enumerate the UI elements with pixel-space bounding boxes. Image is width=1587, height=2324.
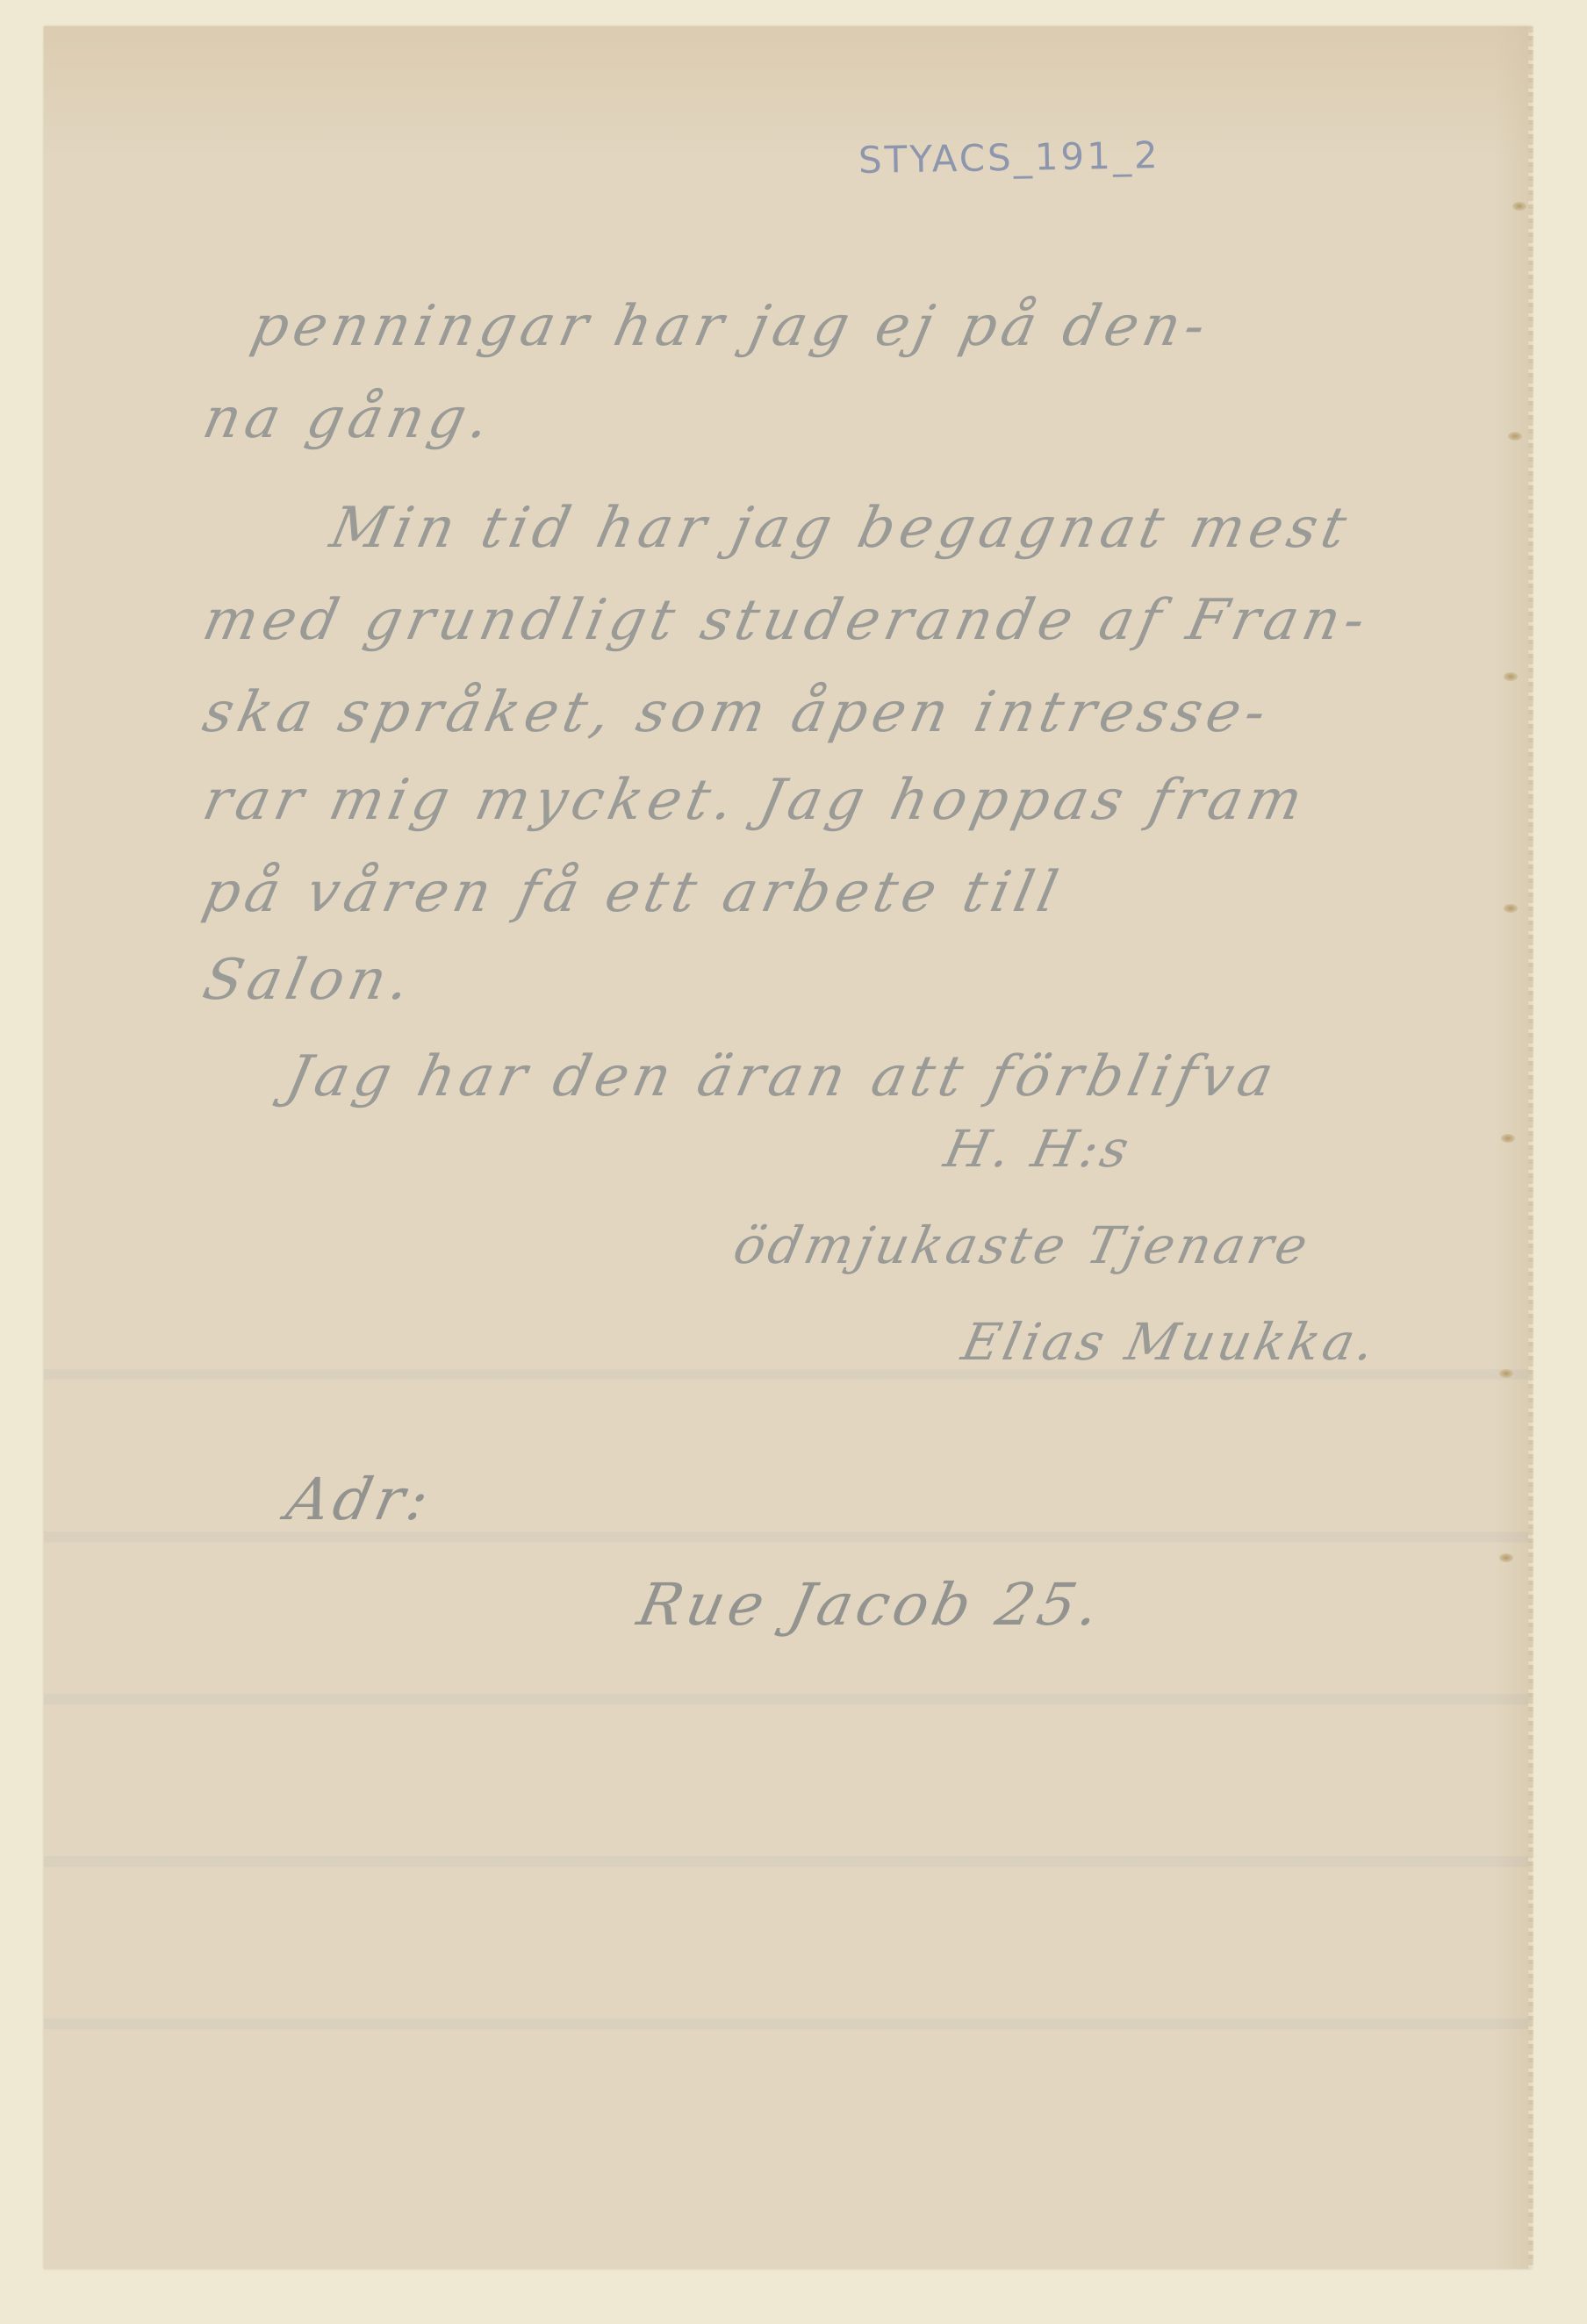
address-label: Adr: bbox=[281, 1466, 439, 1533]
binding-hole-icon bbox=[1512, 202, 1526, 211]
letter-line-6: rar mig mycket. Jag hoppas fram bbox=[197, 768, 1313, 833]
reverse-side-bleed-through bbox=[44, 26, 1532, 2269]
binding-hole-icon bbox=[1499, 1369, 1513, 1378]
signature-name: Elias Muukka. bbox=[957, 1312, 1383, 1372]
address-value: Rue Jacob 25. bbox=[632, 1571, 1109, 1639]
letter-line-5: ska språket, som åpen intresse- bbox=[197, 680, 1277, 745]
closing-line: Jag har den äran att förblifva bbox=[281, 1044, 1284, 1109]
archive-id-label: STYACS_191_2 bbox=[858, 133, 1160, 182]
letter-line-1: penningar har jag ej på den- bbox=[246, 294, 1217, 359]
letter-line-2: na gång. bbox=[197, 386, 500, 451]
signature-phrase: ödmjukaste Tjenare bbox=[729, 1216, 1316, 1275]
binding-hole-icon bbox=[1504, 904, 1518, 913]
letter-line-8: Salon. bbox=[197, 948, 420, 1013]
letter-line-4: med grundligt studerande af Fran- bbox=[197, 588, 1376, 653]
signature-honorific: H. H:s bbox=[939, 1119, 1138, 1179]
binding-hole-icon bbox=[1501, 1134, 1515, 1143]
letter-line-7: på våren få ett arbete till bbox=[197, 860, 1068, 925]
binding-hole-icon bbox=[1499, 1553, 1513, 1562]
binding-hole-icon bbox=[1504, 672, 1518, 681]
letter-line-3: Min tid har jag begagnat mest bbox=[325, 496, 1357, 561]
letter-page: STYACS_191_2 penningar har jag ej på den… bbox=[44, 26, 1532, 2269]
binding-hole-icon bbox=[1508, 432, 1522, 441]
